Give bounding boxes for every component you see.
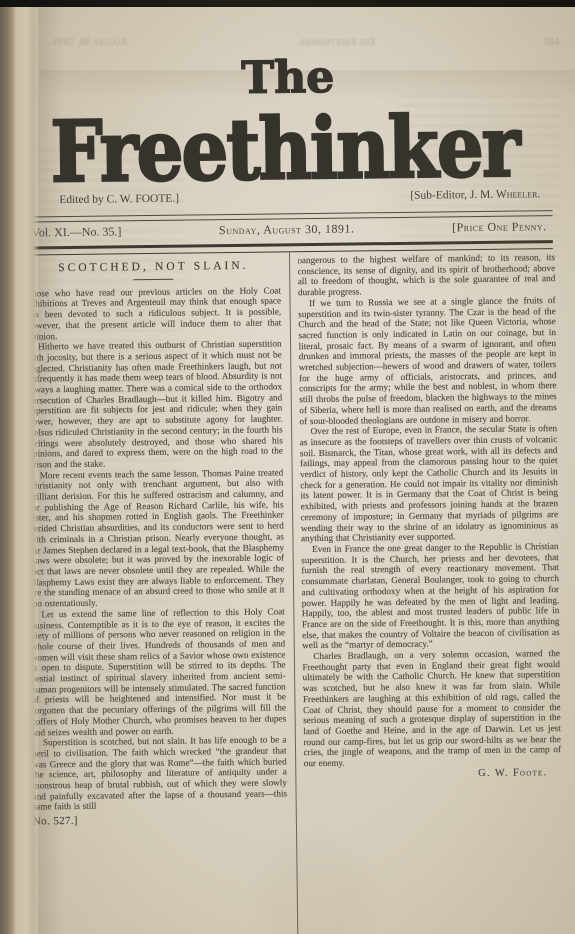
paragraph: Let us extend the same line of reflectio… bbox=[30, 606, 286, 738]
page-content: The Freethinker Edited by C. W. FOOTE.] … bbox=[0, 0, 575, 934]
title-rule bbox=[134, 278, 174, 279]
paragraph: Superstition is scotched, but not slain.… bbox=[32, 735, 287, 813]
author-signature: G. W. Foote. bbox=[304, 768, 562, 782]
paragraph: Charles Bradlaugh, on a very solemn occa… bbox=[302, 648, 561, 769]
left-column-text: Those who have read our previous article… bbox=[26, 285, 287, 813]
right-column: dangerous to the highest welfare of mank… bbox=[289, 249, 565, 934]
paragraph: Hitherto we have treated this outburst o… bbox=[27, 339, 283, 471]
price: [Price One Penny. bbox=[452, 219, 547, 235]
scanned-newspaper-page: 440 The Freethinker. August 30, 1891. Th… bbox=[0, 0, 575, 934]
book-binding-edge bbox=[0, 0, 40, 934]
paragraph: If we turn to Russia we see at a single … bbox=[298, 295, 557, 427]
masthead-title: Freethinker bbox=[50, 96, 522, 193]
paragraph: Over the rest of Europe, even in France,… bbox=[300, 423, 559, 544]
sub-editor-right: [Sub-Editor, J. M. Wheeler. bbox=[410, 188, 540, 202]
scan-top-edge bbox=[0, 0, 575, 7]
issue-number: No. 527.] bbox=[33, 814, 288, 828]
article-title: SCOTCHED, NOT SLAIN. bbox=[26, 260, 281, 274]
dateline: Vol. XI.—No. 35.] Sunday, August 30, 189… bbox=[32, 219, 547, 240]
paragraph: Even in France the one great danger to t… bbox=[301, 541, 560, 651]
article-body: SCOTCHED, NOT SLAIN. Those who have read… bbox=[22, 249, 565, 934]
issue-date: Sunday, August 30, 1891. bbox=[219, 222, 355, 239]
paragraph: dangerous to the highest welfare of mank… bbox=[297, 252, 555, 298]
editor-left: Edited by C. W. FOOTE.] bbox=[59, 193, 179, 206]
binding-shadow bbox=[38, 0, 64, 934]
right-column-text: dangerous to the highest welfare of mank… bbox=[297, 252, 561, 769]
masthead: The Freethinker bbox=[0, 45, 572, 194]
paragraph: More recent events teach the same lesson… bbox=[29, 467, 285, 609]
masthead-the: The bbox=[241, 52, 334, 104]
paragraph: Those who have read our previous article… bbox=[26, 285, 281, 342]
